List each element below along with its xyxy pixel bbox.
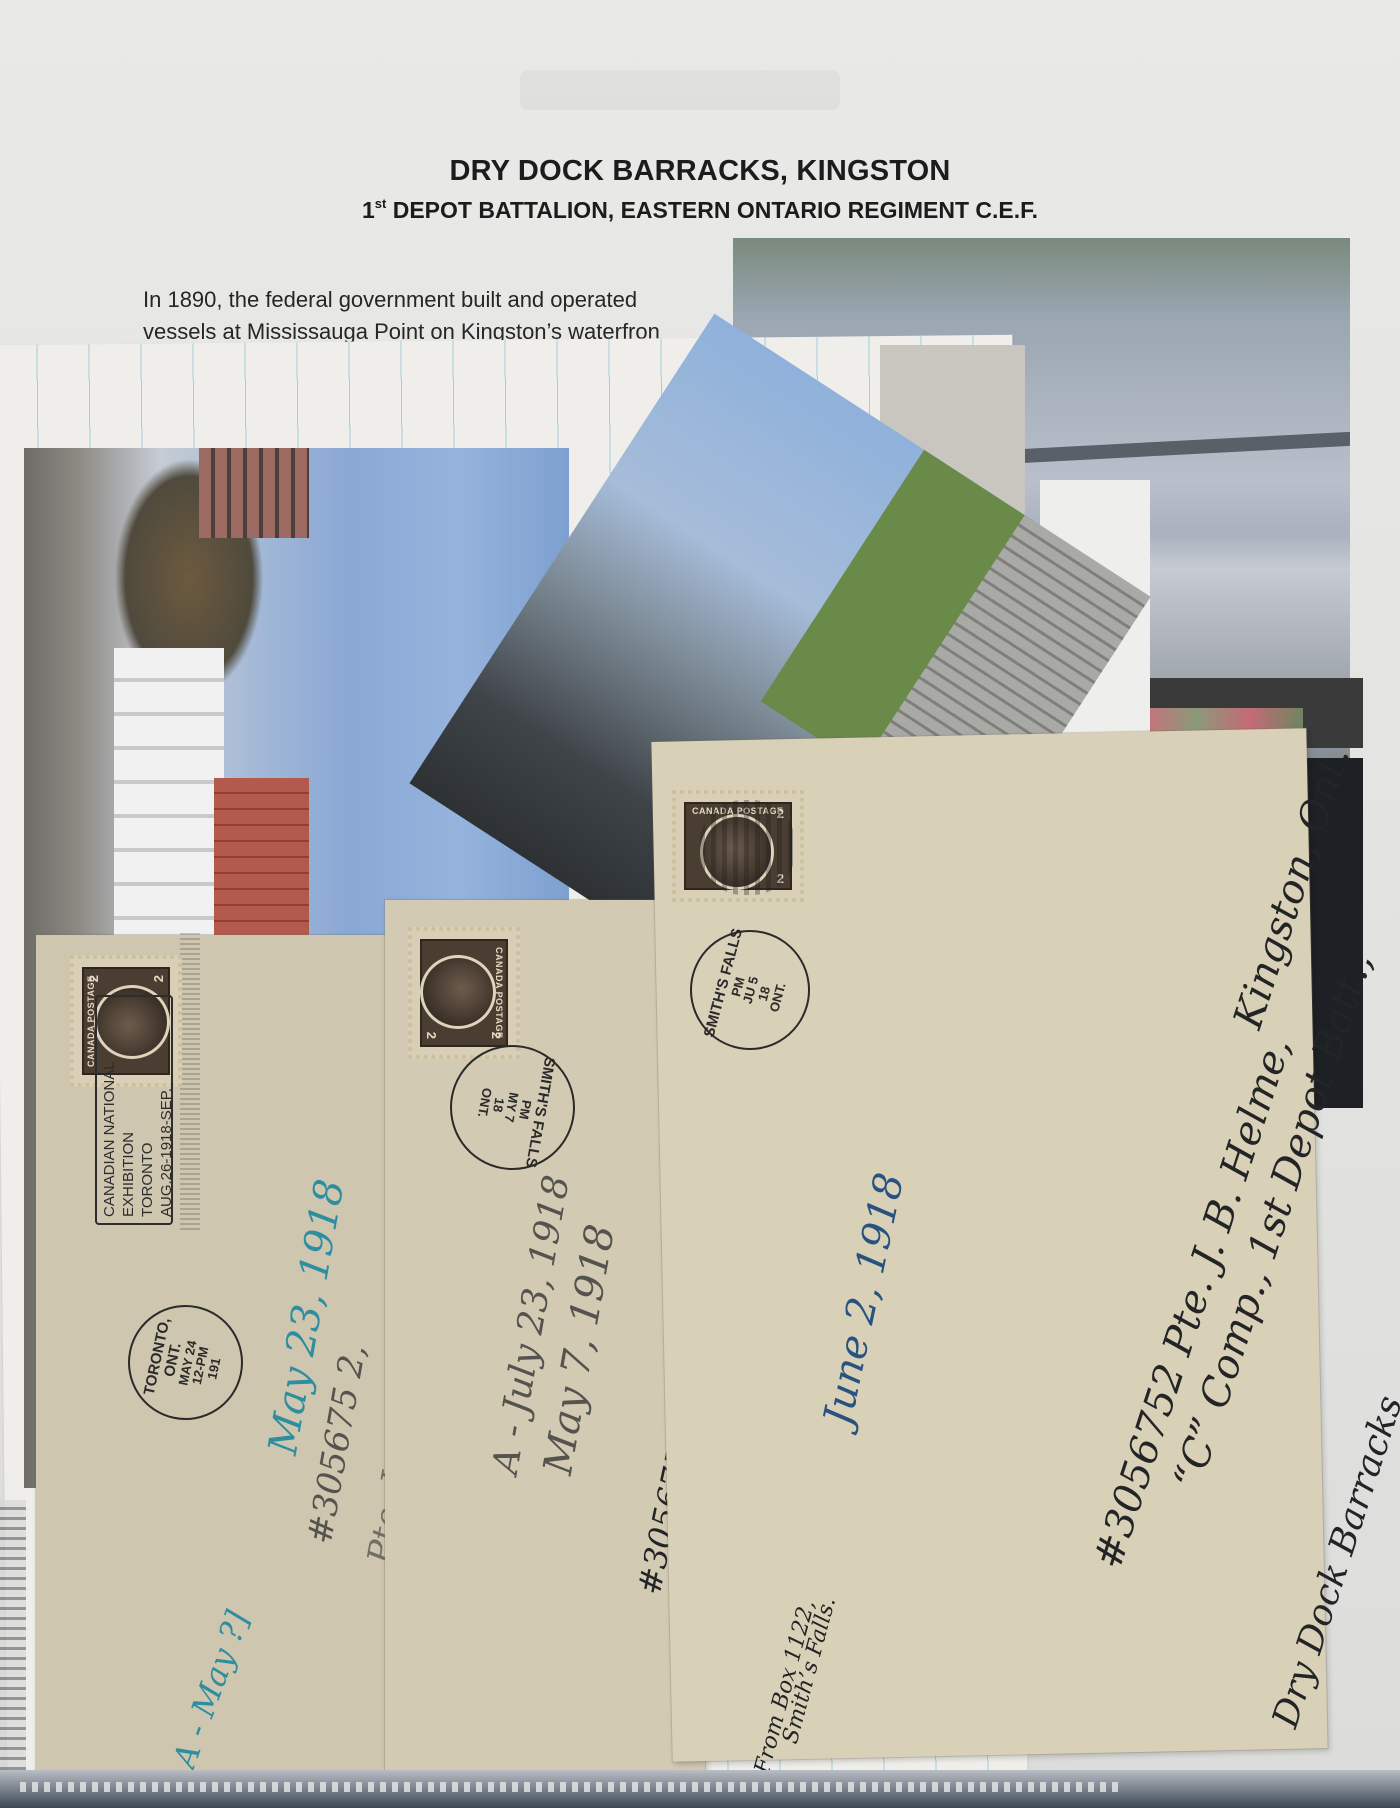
exhibit-subtitle: 1st DEPOT BATTALION, EASTERN ONTARIO REG…: [0, 196, 1400, 224]
binder-holes: [20, 1782, 1120, 1792]
wavy-line-cancel: [180, 930, 200, 1230]
slogan-cancel: CANADIAN NATIONAL EXHIBITION TORONTO AUG…: [95, 995, 173, 1225]
king-portrait-icon: [420, 955, 496, 1029]
body-line: In 1890, the federal government built an…: [143, 284, 763, 316]
stamp-admiral-war-tax: CANADA POSTAGE 2 2: [408, 927, 520, 1059]
bleed-through-text: [520, 70, 840, 110]
binder-sleeve-edge: [0, 1500, 26, 1800]
barred-cancel-overlay: [700, 800, 795, 895]
brick-tower: [199, 448, 309, 538]
exhibit-title: DRY DOCK BARRACKS, KINGSTON: [0, 155, 1400, 188]
